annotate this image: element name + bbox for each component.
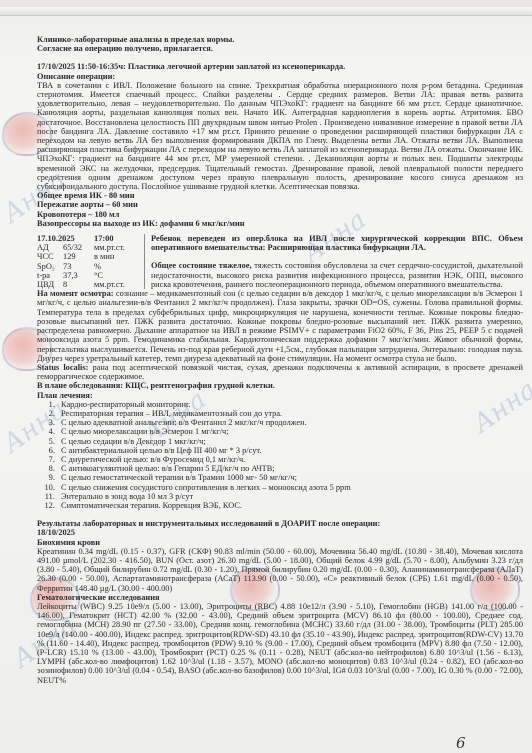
status-localis-label: Status localis: <box>37 363 88 372</box>
vital-value: 73 <box>63 262 94 271</box>
vital-unit: мм.рт.ст. <box>94 280 125 289</box>
treatment-item: Энтерально в зонд вода 10 мл 3 р/сут <box>57 492 523 501</box>
intro-line: Согласие на операцию получено, прилагает… <box>37 44 523 53</box>
intro-line: Клинико-лабораторные анализы в пределах … <box>37 35 523 44</box>
vital-value: 129 <box>63 252 94 261</box>
monitor-time: 17:00 <box>94 234 125 243</box>
hematology-text: Лейкоциты (WBC) 9.25 10е9/л (5.00 - 13.0… <box>37 602 523 685</box>
status-localis-text: рана под асептической повязкой чистая, с… <box>37 363 523 381</box>
monitor-date: 17.10.2025 <box>37 234 94 243</box>
treatment-item: С целью гемостатической терапии в/в Трам… <box>57 473 523 482</box>
treatment-item: С целью миорелаксации в/в Эсмерон 1 мг/к… <box>57 427 523 436</box>
treatment-item: С целью адекватной анальгезии: в/в Фента… <box>57 418 523 427</box>
treatment-item: С антикоагулянтной целью: в/в Гепарин 5 … <box>57 464 523 473</box>
examination-text: сознание – медикаментозный сон (с целью … <box>37 289 523 362</box>
vital-value: 37,3 <box>63 271 94 280</box>
examination-paragraph: На момент осмотра: сознание – медикамент… <box>37 289 523 363</box>
condition-label: Общее состояние тяжелое, <box>151 261 252 270</box>
vital-row: ЦВД 8 мм.рт.ст. <box>37 280 125 289</box>
results-heading: Результаты лабораторных и инструментальн… <box>37 519 523 528</box>
vital-unit: мм.рт.ст. <box>94 243 125 252</box>
examination-label: На момент осмотра: <box>37 289 114 298</box>
vital-name: ЦВД <box>37 280 63 289</box>
biochemistry-text: Креатинин 0.34 mg/dL (0.15 - 0.37), GFR … <box>37 547 523 593</box>
vital-unit: в мин <box>94 252 125 261</box>
vital-name: АД <box>37 243 63 252</box>
vital-row: t-ра 37,3 °C <box>37 271 125 280</box>
treatment-plan-label: План лечения: <box>37 391 523 400</box>
transfer-summary: Ребенок переведен из опер.блока на ИВЛ п… <box>151 234 523 289</box>
monitoring-block: 17.10.2025 17:00 АД 65/32 мм.рт.ст. ЧСС … <box>37 234 523 289</box>
vital-value: 8 <box>63 280 94 289</box>
vital-row: ЧСС 129 в мин <box>37 252 125 261</box>
operation-description: ТВА в сочетании с ИВЛ. Положение больног… <box>37 81 523 191</box>
vital-name: t-ра <box>37 271 63 280</box>
paper-top-edge <box>0 7 532 16</box>
treatment-plan-list: Кардио-респираторный мониторинг. Респира… <box>37 400 523 510</box>
document-body: Клинико-лабораторные анализы в пределах … <box>37 35 523 685</box>
operation-total: Общее время ИК - 80 мин <box>37 191 523 200</box>
treatment-item: Респираторная терапия – ИВЛ, медикаменто… <box>57 409 523 418</box>
vital-unit: % <box>94 262 125 271</box>
operation-heading: 17/10/2025 11:50-16:35ч: Пластика легочн… <box>37 62 523 71</box>
treatment-item: С диуретической целью: в/в Фуросемид 0,1… <box>57 455 523 464</box>
vital-unit: °C <box>94 271 125 280</box>
operation-description-label: Описание операции: <box>37 72 523 81</box>
results-date: 18/10/2025 <box>37 528 523 537</box>
exam-plan: В плане обследования: КЩС, рентгенографи… <box>37 381 523 390</box>
operation-total: Кровопотеря – 180 мл <box>37 210 523 219</box>
vitals-panel: 17.10.2025 17:00 АД 65/32 мм.рт.ст. ЧСС … <box>37 234 139 289</box>
vital-value: 65/32 <box>63 243 94 252</box>
transfer-text: Ребенок переведен из опер.блока на ИВЛ п… <box>151 234 523 252</box>
treatment-item: С антибактериальной целью в/в Цеф III 40… <box>57 446 523 455</box>
hematology-label: Гематологические исследования <box>37 593 523 602</box>
vital-name: SpO₂ <box>37 262 63 271</box>
document-page: Анна Анна Анна Анна Анна Анна Клинико-ла… <box>0 7 532 753</box>
treatment-item: Кардио-респираторный мониторинг. <box>57 400 523 409</box>
condition-paragraph: Общее состояние тяжелое, тяжесть состоян… <box>151 261 523 289</box>
operation-total: Вазопрессоры на выходе из ИК: дофамин 6 … <box>37 219 523 228</box>
treatment-item: С целью снижения сосудистого сопротивлен… <box>57 483 523 492</box>
page-number: 6 <box>456 734 466 752</box>
status-localis-paragraph: Status localis: рана под асептической по… <box>37 363 523 381</box>
vital-row: АД 65/32 мм.рт.ст. <box>37 243 125 252</box>
vertical-divider <box>144 234 145 289</box>
operation-total: Пережатие аорты – 60 мин <box>37 200 523 209</box>
biochemistry-label: Биохимия крови <box>37 538 523 547</box>
vitals-table: 17.10.2025 17:00 АД 65/32 мм.рт.ст. ЧСС … <box>37 234 125 289</box>
treatment-item: С целью седации в/в Дексдор 1 мкг/кг/ч; <box>57 437 523 446</box>
vital-row: SpO₂ 73 % <box>37 262 125 271</box>
treatment-item: Симптоматическая терапия. Коррекция ВЭБ,… <box>57 501 523 510</box>
vital-name: ЧСС <box>37 252 63 261</box>
